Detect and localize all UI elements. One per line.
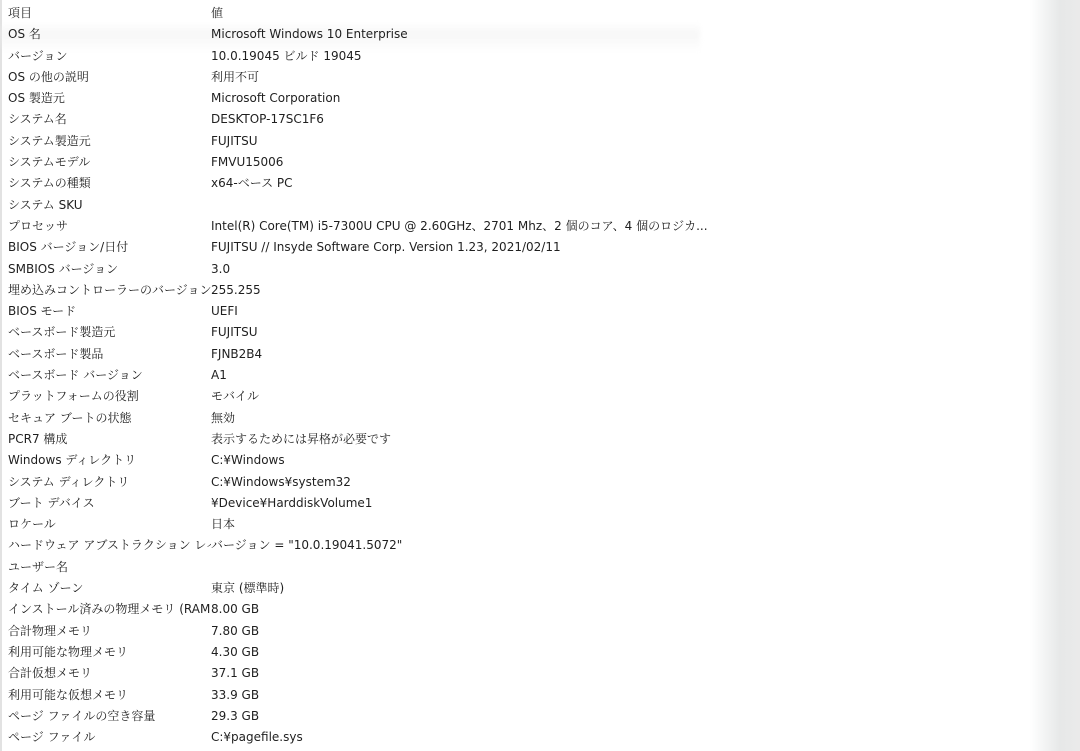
row-value: A1 — [211, 365, 908, 386]
row-item-label: プラットフォームの役割 — [8, 386, 211, 407]
table-row[interactable]: ページ ファイルの空き容量29.3 GB — [8, 706, 908, 727]
table-row[interactable]: システムモデルFMVU15006 — [8, 152, 908, 173]
row-item-label: システム SKU — [8, 195, 211, 216]
row-value: 7.80 GB — [211, 621, 908, 642]
table-row[interactable]: ユーザー名 — [8, 557, 908, 578]
column-header-row: 項目 値 — [8, 3, 908, 24]
row-value: モバイル — [211, 386, 908, 407]
row-item-label: ロケール — [8, 514, 211, 535]
row-value: FMVU15006 — [211, 152, 908, 173]
row-value: 3.0 — [211, 259, 908, 280]
row-item-label: ページ ファイルの空き容量 — [8, 706, 211, 727]
row-value: 8.00 GB — [211, 599, 908, 620]
row-item-label: システム ディレクトリ — [8, 472, 211, 493]
table-row[interactable]: ベースボード製品FJNB2B4 — [8, 344, 908, 365]
table-row[interactable]: プラットフォームの役割モバイル — [8, 386, 908, 407]
table-row[interactable]: 利用可能な物理メモリ4.30 GB — [8, 642, 908, 663]
row-value: UEFI — [211, 301, 908, 322]
panel-right-shadow — [1030, 0, 1080, 751]
row-item-label: 合計仮想メモリ — [8, 663, 211, 684]
row-item-label: システム名 — [8, 109, 211, 130]
table-row[interactable]: BIOS モードUEFI — [8, 301, 908, 322]
row-value: FJNB2B4 — [211, 344, 908, 365]
table-row[interactable]: ベースボード製造元FUJITSU — [8, 322, 908, 343]
row-value: 利用不可 — [211, 67, 908, 88]
table-row[interactable]: システム ディレクトリC:¥Windows¥system32 — [8, 472, 908, 493]
row-item-label: セキュア ブートの状態 — [8, 408, 211, 429]
table-row[interactable]: PCR7 構成表示するためには昇格が必要です — [8, 429, 908, 450]
row-item-label: 埋め込みコントローラーのバージョン — [8, 280, 211, 301]
row-item-label: SMBIOS バージョン — [8, 259, 211, 280]
table-row[interactable]: ページ ファイルC:¥pagefile.sys — [8, 727, 908, 748]
row-value: ¥Device¥HarddiskVolume1 — [211, 493, 908, 514]
table-row[interactable]: 合計物理メモリ7.80 GB — [8, 621, 908, 642]
row-item-label: システム製造元 — [8, 131, 211, 152]
row-value: Microsoft Corporation — [211, 88, 908, 109]
row-value: FUJITSU — [211, 322, 908, 343]
row-item-label: ベースボード製品 — [8, 344, 211, 365]
row-value: 4.30 GB — [211, 642, 908, 663]
table-row[interactable]: ベースボード バージョンA1 — [8, 365, 908, 386]
row-value: 日本 — [211, 514, 908, 535]
row-item-label: 利用可能な仮想メモリ — [8, 685, 211, 706]
table-row[interactable]: システム SKU — [8, 195, 908, 216]
table-row[interactable]: 合計仮想メモリ37.1 GB — [8, 663, 908, 684]
table-row[interactable]: 利用可能な仮想メモリ33.9 GB — [8, 685, 908, 706]
row-value: 10.0.19045 ビルド 19045 — [211, 46, 908, 67]
row-value: C:¥pagefile.sys — [211, 727, 908, 748]
row-item-label: BIOS モード — [8, 301, 211, 322]
row-item-label: 利用可能な物理メモリ — [8, 642, 211, 663]
table-row[interactable]: OS の他の説明利用不可 — [8, 67, 908, 88]
row-item-label: OS 製造元 — [8, 88, 211, 109]
row-item-label: PCR7 構成 — [8, 429, 211, 450]
system-info-table: 項目 値 OS 名Microsoft Windows 10 Enterprise… — [8, 3, 908, 748]
table-row[interactable]: プロセッサIntel(R) Core(TM) i5-7300U CPU @ 2.… — [8, 216, 908, 237]
table-row[interactable]: ロケール日本 — [8, 514, 908, 535]
row-item-label: BIOS バージョン/日付 — [8, 237, 211, 258]
panel-left-border — [0, 0, 2, 751]
table-row[interactable]: OS 名Microsoft Windows 10 Enterprise — [8, 24, 908, 45]
table-row[interactable]: ハードウェア アブストラクション レイヤーバージョン = "10.0.19041… — [8, 535, 908, 556]
row-item-label: ページ ファイル — [8, 727, 211, 748]
table-row[interactable]: システムの種類x64-ベース PC — [8, 173, 908, 194]
table-row[interactable]: 埋め込みコントローラーのバージョン255.255 — [8, 280, 908, 301]
row-value — [211, 195, 908, 216]
row-value: C:¥Windows — [211, 450, 908, 471]
row-item-label: ベースボード製造元 — [8, 322, 211, 343]
table-row[interactable]: タイム ゾーン東京 (標準時) — [8, 578, 908, 599]
table-row[interactable]: システム名DESKTOP-17SC1F6 — [8, 109, 908, 130]
row-value: DESKTOP-17SC1F6 — [211, 109, 908, 130]
row-item-label: OS の他の説明 — [8, 67, 211, 88]
row-item-label: タイム ゾーン — [8, 578, 211, 599]
row-value: Microsoft Windows 10 Enterprise — [211, 24, 908, 45]
row-item-label: ベースボード バージョン — [8, 365, 211, 386]
row-value: Intel(R) Core(TM) i5-7300U CPU @ 2.60GHz… — [211, 216, 908, 237]
table-row[interactable]: システム製造元FUJITSU — [8, 131, 908, 152]
row-value: FUJITSU — [211, 131, 908, 152]
row-value: 表示するためには昇格が必要です — [211, 429, 908, 450]
row-item-label: 合計物理メモリ — [8, 621, 211, 642]
row-value: バージョン = "10.0.19041.5072" — [211, 535, 908, 556]
row-value: 37.1 GB — [211, 663, 908, 684]
row-value: 無効 — [211, 408, 908, 429]
row-item-label: ハードウェア アブストラクション レイヤー — [8, 535, 211, 556]
row-value — [211, 557, 908, 578]
row-item-label: インストール済みの物理メモリ (RAM) — [8, 599, 211, 620]
row-item-label: ブート デバイス — [8, 493, 211, 514]
table-row[interactable]: OS 製造元Microsoft Corporation — [8, 88, 908, 109]
row-value: 東京 (標準時) — [211, 578, 908, 599]
table-row[interactable]: BIOS バージョン/日付FUJITSU // Insyde Software … — [8, 237, 908, 258]
row-value: 255.255 — [211, 280, 908, 301]
table-row[interactable]: インストール済みの物理メモリ (RAM)8.00 GB — [8, 599, 908, 620]
table-row[interactable]: ブート デバイス¥Device¥HarddiskVolume1 — [8, 493, 908, 514]
row-item-label: ユーザー名 — [8, 557, 211, 578]
table-row[interactable]: Windows ディレクトリC:¥Windows — [8, 450, 908, 471]
row-value: C:¥Windows¥system32 — [211, 472, 908, 493]
row-value: 33.9 GB — [211, 685, 908, 706]
row-value: 29.3 GB — [211, 706, 908, 727]
table-body: OS 名Microsoft Windows 10 Enterpriseバージョン… — [8, 24, 908, 748]
table-row[interactable]: セキュア ブートの状態無効 — [8, 408, 908, 429]
row-item-label: バージョン — [8, 46, 211, 67]
row-item-label: プロセッサ — [8, 216, 211, 237]
row-item-label: Windows ディレクトリ — [8, 450, 211, 471]
row-item-label: システムモデル — [8, 152, 211, 173]
row-item-label: OS 名 — [8, 24, 211, 45]
row-value: x64-ベース PC — [211, 173, 908, 194]
system-summary-panel: 項目 値 OS 名Microsoft Windows 10 Enterprise… — [0, 0, 1080, 751]
table-row[interactable]: SMBIOS バージョン3.0 — [8, 259, 908, 280]
column-header-value[interactable]: 値 — [211, 3, 908, 24]
row-item-label: システムの種類 — [8, 173, 211, 194]
row-value: FUJITSU // Insyde Software Corp. Version… — [211, 237, 908, 258]
table-row[interactable]: バージョン10.0.19045 ビルド 19045 — [8, 46, 908, 67]
column-header-item[interactable]: 項目 — [8, 3, 211, 24]
